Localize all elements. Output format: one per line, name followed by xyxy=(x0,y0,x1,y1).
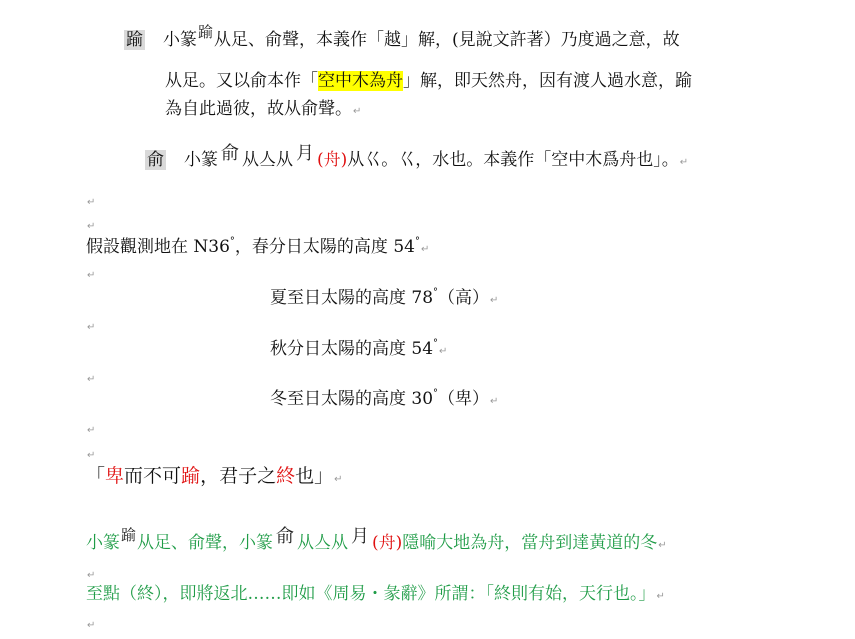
entry2-text: 从亼从 xyxy=(242,150,293,170)
entry1-line1: 踰小篆踰从足、俞聲，本義作「越」解，(見說文許著）乃度過之意，故 xyxy=(124,29,680,51)
headword-yu: 踰 xyxy=(124,30,145,50)
empty-paragraph: ↵ xyxy=(86,612,95,637)
conclusion-text: 小篆 xyxy=(86,533,120,553)
observation-winter: 冬至日太陽的高度 30°（卑）↵ xyxy=(270,388,498,413)
conclusion-line2: 至點（終），即將返北……即如《周易・彖辭》所謂：「終則有始，天行也。」↵ xyxy=(86,583,665,608)
label-xiaozhuan: 小篆 xyxy=(163,30,197,50)
paragraph-mark-icon: ↵ xyxy=(87,270,95,281)
paragraph-mark-icon: ↵ xyxy=(87,620,95,631)
degree-sign: ° xyxy=(415,236,420,247)
obs-note: （高） xyxy=(438,288,489,308)
empty-paragraph: ↵ xyxy=(86,189,95,214)
entry1-line3: 為自此過彼，故从俞聲。↵ xyxy=(165,98,361,123)
paragraph-mark-icon: ↵ xyxy=(87,374,95,385)
paragraph-mark-icon: ↵ xyxy=(657,591,665,602)
paragraph-mark-icon: ↵ xyxy=(87,450,95,461)
paragraph-mark-icon: ↵ xyxy=(87,322,95,333)
obs-text: 假設觀測地在 N36 xyxy=(86,237,230,257)
red-char-zhou: (舟) xyxy=(372,533,402,553)
label-xiaozhuan: 小篆 xyxy=(184,150,218,170)
seal-script-glyph-icon: 俞 xyxy=(221,143,239,165)
conclusion-text: 隱喻大地為舟，當舟到達黃道的冬 xyxy=(402,533,657,553)
red-char: 終 xyxy=(276,465,295,487)
observation-autumn: 秋分日太陽的高度 54°↵ xyxy=(270,338,447,363)
paragraph-mark-icon: ↵ xyxy=(490,396,498,407)
entry1-text: 為自此過彼，故从俞聲。 xyxy=(165,99,352,119)
seal-script-glyph-icon: 踰 xyxy=(121,524,136,546)
headword-yu2: 俞 xyxy=(145,150,166,170)
conclusion-text: 至點（終），即將返北……即如《周易・彖辭》所謂：「終則有始，天行也。」 xyxy=(86,584,656,604)
paragraph-mark-icon: ↵ xyxy=(334,474,342,485)
paragraph-mark-icon: ↵ xyxy=(87,221,95,232)
paragraph-mark-icon: ↵ xyxy=(87,197,95,208)
degree-sign: ° xyxy=(433,287,438,298)
obs-text: 秋分日太陽的高度 54 xyxy=(270,339,433,359)
empty-paragraph: ↵ xyxy=(86,262,95,287)
seal-script-glyph-icon: 踰 xyxy=(198,21,213,43)
degree-sign: ° xyxy=(433,338,438,349)
degree-sign: ° xyxy=(433,388,438,399)
paragraph-mark-icon: ↵ xyxy=(87,425,95,436)
conclusion-line1: 小篆踰从足、俞聲，小篆俞从亼从月(舟)隱喻大地為舟，當舟到達黃道的冬↵ xyxy=(86,532,667,557)
entry1-line2: 从足。又以俞本作「空中木為舟」解，即天然舟，因有渡人過水意，踰 xyxy=(165,70,692,92)
empty-paragraph: ↵ xyxy=(86,442,95,467)
obs-note: （卑） xyxy=(438,389,489,409)
empty-paragraph: ↵ xyxy=(86,366,95,391)
seal-script-glyph-icon: 月 xyxy=(351,526,369,548)
obs-text: 夏至日太陽的高度 78 xyxy=(270,288,433,308)
degree-sign: ° xyxy=(230,236,235,247)
conclusion-text: 从足、俞聲，小篆 xyxy=(137,533,273,553)
red-char-zhou: 舟 xyxy=(324,150,341,170)
paren: ( xyxy=(317,150,324,170)
quote-text: 也」 xyxy=(295,465,333,487)
paragraph-mark-icon: ↵ xyxy=(421,244,429,255)
highlighted-phrase: 空中木為舟 xyxy=(318,71,403,91)
quote-text: 而不可 xyxy=(124,465,181,487)
observation-summer: 夏至日太陽的高度 78°（高）↵ xyxy=(270,287,498,312)
red-char: 卑 xyxy=(105,465,124,487)
red-char: 踰 xyxy=(181,465,200,487)
observation-intro: 假設觀測地在 N36°，春分日太陽的高度 54°↵ xyxy=(86,236,429,261)
obs-text: ，春分日太陽的高度 54 xyxy=(235,237,415,257)
quote-text: ，君子之 xyxy=(200,465,276,487)
seal-script-glyph-icon: 俞 xyxy=(276,526,294,548)
paragraph-mark-icon: ↵ xyxy=(680,157,688,168)
paragraph-mark-icon: ↵ xyxy=(87,570,95,581)
paragraph-mark-icon: ↵ xyxy=(490,295,498,306)
paragraph-mark-icon: ↵ xyxy=(353,106,361,117)
obs-text: 冬至日太陽的高度 30 xyxy=(270,389,433,409)
empty-paragraph: ↵ xyxy=(86,213,95,238)
empty-paragraph: ↵ xyxy=(86,314,95,339)
seal-script-glyph-icon: 月 xyxy=(296,143,314,165)
entry1-text: 从足、俞聲，本義作「越」解，(見說文許著）乃度過之意，故 xyxy=(214,30,680,50)
paragraph-mark-icon: ↵ xyxy=(439,346,447,357)
empty-paragraph: ↵ xyxy=(86,417,95,442)
entry2-text: 从巜。巜，水也。本義作「空中木爲舟也」。 xyxy=(347,150,679,170)
conclusion-text: 从亼从 xyxy=(297,533,348,553)
entry2-line: 俞小篆俞从亼从月(舟)从巜。巜，水也。本義作「空中木爲舟也」。↵ xyxy=(145,149,688,174)
paragraph-mark-icon: ↵ xyxy=(658,540,666,551)
entry1-text: 从足。又以俞本作「 xyxy=(165,71,318,91)
quote-text: 「 xyxy=(86,465,105,487)
entry1-text: 」解，即天然舟，因有渡人過水意，踰 xyxy=(403,71,692,91)
quote-line: 「卑而不可踰，君子之終也」↵ xyxy=(86,465,343,491)
